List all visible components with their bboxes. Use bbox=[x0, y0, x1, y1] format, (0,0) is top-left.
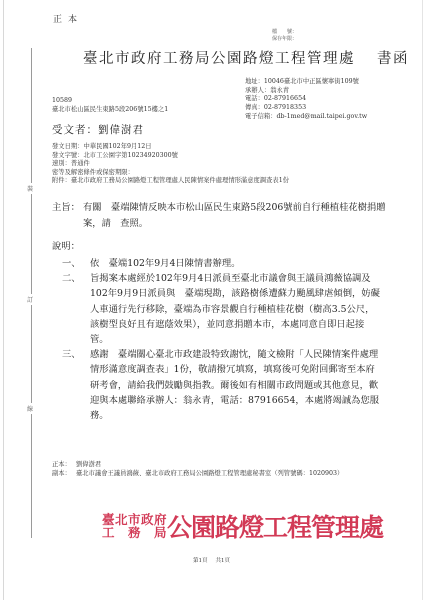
official-seal: 臺北市政府 工 務 局 公園路燈工程管理處 bbox=[102, 508, 383, 544]
item-text: 旨揭案本處經於102年9月4日派員至臺北市議會與王議員鴻薇協調及102年9月9日… bbox=[90, 273, 380, 345]
item-number: 三、 bbox=[62, 347, 81, 362]
original-recipient: 正本： 劉偉澍君 bbox=[52, 461, 352, 470]
postal-code: 10589 bbox=[52, 97, 168, 106]
fax: 傳真：02-87918353 bbox=[245, 104, 367, 113]
sender-contact: 地址：10046臺北市中正區懷寧街109號 承辦人：翁永青 電話：02-8791… bbox=[245, 78, 367, 122]
seal-big-text: 公園路燈工程管理處 bbox=[167, 508, 383, 544]
item-number: 二、 bbox=[62, 271, 81, 286]
description-item: 二、 旨揭案本處經於102年9月4日派員至臺北市議會與王議員鴻薇協調及102年9… bbox=[62, 271, 382, 347]
item-number: 一、 bbox=[62, 256, 81, 271]
recipient: 受文者：劉偉澍君 bbox=[52, 122, 144, 137]
document-meta: 發文日期：中華民國102年9月12日 發文字號：北市工公園字第102349203… bbox=[52, 143, 289, 186]
binding-mark-ding: 訂 bbox=[27, 294, 33, 305]
issuing-agency: 臺北市政府工務局公園路燈工程管理處 bbox=[83, 51, 355, 67]
urgency: 速別：普通件 bbox=[52, 160, 289, 169]
copy-label: 正本 bbox=[53, 12, 83, 25]
page-edge-left bbox=[3, 0, 4, 600]
original-value: 劉偉澍君 bbox=[76, 461, 101, 468]
phone: 電話：02-87916654 bbox=[245, 95, 367, 104]
copy-recipients: 副本： 臺北市議會王議員鴻薇、臺北市政府工務局公園路燈工程管理處秘書室（列管號碼… bbox=[52, 470, 352, 479]
binding-mark-xian: 線 bbox=[27, 403, 33, 414]
subject: 主旨： 有關 臺端陳情反映本市松山區民生東路5段206號前自行種植桂花樹捐贈案，… bbox=[52, 200, 397, 232]
seal-small-text: 臺北市政府 工 務 局 bbox=[102, 513, 167, 539]
binding-line bbox=[31, 48, 32, 538]
document-title: 臺北市政府工務局公園路燈工程管理處書函 bbox=[83, 47, 409, 68]
sender-address: 地址：10046臺北市中正區懷寧街109號 bbox=[245, 78, 367, 87]
issue-date: 發文日期：中華民國102年9月12日 bbox=[52, 143, 289, 152]
description: 一、 依 臺端102年9月4日陳情書辦理。 二、 旨揭案本處經於102年9月4日… bbox=[62, 256, 382, 423]
recipient-address: 10589 臺北市松山區民生東路5段206號15樓之1 bbox=[52, 97, 168, 114]
attachment: 附件：臺北市政府工務局公園路燈工程管理處人民陳情案件處理情形滿意度調查表1份 bbox=[52, 177, 289, 186]
page-total: 共1頁 bbox=[216, 558, 231, 564]
copy-value: 臺北市議會王議員鴻薇、臺北市政府工務局公園路燈工程管理處秘書室（列管號碼：102… bbox=[76, 470, 343, 477]
original-label: 正本： bbox=[52, 461, 71, 470]
page-footer: 第1頁共1頁 bbox=[193, 556, 230, 564]
file-number-label: 檔 號： bbox=[272, 29, 297, 36]
description-item: 三、 感謝 臺端關心臺北市政建設特致謝忱，隨文檢附「人民陳情案件處理情形滿意度調… bbox=[62, 347, 382, 423]
item-text: 依 臺端102年9月4日陳情書辦理。 bbox=[90, 258, 240, 269]
file-meta: 檔 號： 保存年限： bbox=[272, 29, 297, 43]
subject-text: 有關 臺端陳情反映本市松山區民生東路5段206號前自行種植桂花樹捐贈案，請 查照… bbox=[83, 200, 397, 232]
binding-mark-zhuang: 裝 bbox=[27, 183, 33, 194]
subject-label: 主旨： bbox=[52, 200, 82, 216]
copy-label: 副本： bbox=[52, 470, 71, 479]
document-number: 發文字號：北市工公園字第10234920300號 bbox=[52, 152, 289, 161]
email: 電子信箱：db-1med@mail.taipei.gov.tw bbox=[245, 113, 367, 122]
page-number: 第1頁 bbox=[193, 558, 208, 564]
street-address: 臺北市松山區民生東路5段206號15樓之1 bbox=[52, 106, 168, 115]
item-text: 感謝 臺端關心臺北市政建設特致謝忱，隨文檢附「人民陳情案件處理情形滿意度調查表」… bbox=[90, 349, 379, 421]
retention-label: 保存年限： bbox=[272, 36, 297, 43]
seal-line-2: 工 務 局 bbox=[102, 525, 167, 540]
document-type: 書函 bbox=[377, 51, 409, 67]
distribution: 正本： 劉偉澍君 副本： 臺北市議會王議員鴻薇、臺北市政府工務局公園路燈工程管理… bbox=[52, 461, 352, 479]
description-item: 一、 依 臺端102年9月4日陳情書辦理。 bbox=[62, 256, 382, 271]
page-edge-right bbox=[422, 0, 423, 600]
description-label: 說明： bbox=[52, 238, 80, 252]
